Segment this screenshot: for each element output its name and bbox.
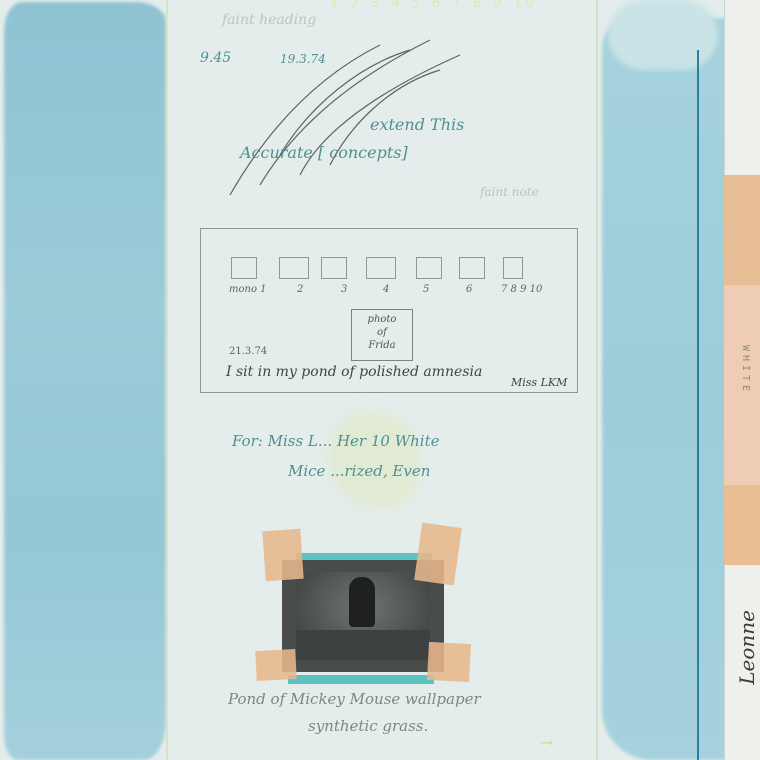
right-fold-line (596, 0, 598, 760)
frame-label: 6 (466, 284, 472, 295)
frame-box (416, 257, 442, 279)
photo-caption-line-2: synthetic grass. (308, 717, 428, 735)
faint-right-note: faint note (480, 185, 539, 199)
placeholder-line: photo (352, 313, 412, 326)
frame-label: 3 (341, 284, 347, 295)
strip-tape-top (724, 175, 760, 285)
blue-ink-rule (697, 50, 699, 760)
photo-caption-line-1: Pond of Mickey Mouse wallpaper (228, 690, 481, 708)
frame-box (459, 257, 485, 279)
arrow-icon: → (540, 733, 553, 752)
photo-mount-bottom (288, 675, 434, 684)
note-concepts: Accurate [ concepts] (240, 143, 408, 162)
photo-placeholder-box: photo of Frida (351, 309, 413, 361)
note-extend: extend This (370, 115, 464, 134)
faint-heading: faint heading (222, 12, 316, 28)
sketchbook-page: WHITE Leonne 1 2 3 4 5 6 7 8 9 10 faint … (0, 0, 760, 760)
tape-top-left (262, 529, 303, 582)
box-sentence: I sit in my pond of polished amnesia (226, 364, 482, 380)
strip-tape-bottom (724, 485, 760, 565)
frame-box (503, 257, 523, 279)
frame-label: 2 (297, 284, 303, 295)
placeholder-line: Frida (352, 339, 412, 352)
box-signature: Miss LKM (511, 376, 567, 389)
frame-box (231, 257, 257, 279)
frame-label: mono 1 (229, 284, 267, 295)
top-faint-numbers: 1 2 3 4 5 6 7 8 9 10 (330, 0, 538, 11)
tape-bottom-right (427, 642, 471, 682)
photo-seated-figure (349, 577, 375, 627)
strip-signature: Leonne (735, 610, 759, 685)
dedication-line-2: Mice ...rized, Even (288, 462, 430, 480)
frame-box (366, 257, 396, 279)
tape-top-right (414, 522, 462, 585)
film-strip-sketch: mono 1 2 3 4 5 6 7 8 9 10 photo of Frida… (200, 228, 578, 393)
frame-label: 5 (423, 284, 429, 295)
left-fold-line (166, 0, 168, 760)
frame-box (321, 257, 347, 279)
frame-box (279, 257, 309, 279)
placeholder-line: of (352, 326, 412, 339)
strip-stamp-word: WHITE (740, 345, 751, 395)
right-wash-highlight (608, 0, 718, 70)
green-smudge (311, 394, 439, 526)
box-date: 21.3.74 (229, 346, 267, 357)
left-watercolor-wash (4, 2, 166, 760)
frame-label: 7 8 9 10 (501, 284, 542, 295)
frame-label: 4 (383, 284, 389, 295)
dedication-line-1: For: Miss L... Her 10 White (232, 432, 440, 450)
right-watercolor-wash (602, 18, 730, 760)
tape-bottom-left (255, 649, 297, 681)
photo-floor (296, 630, 430, 660)
